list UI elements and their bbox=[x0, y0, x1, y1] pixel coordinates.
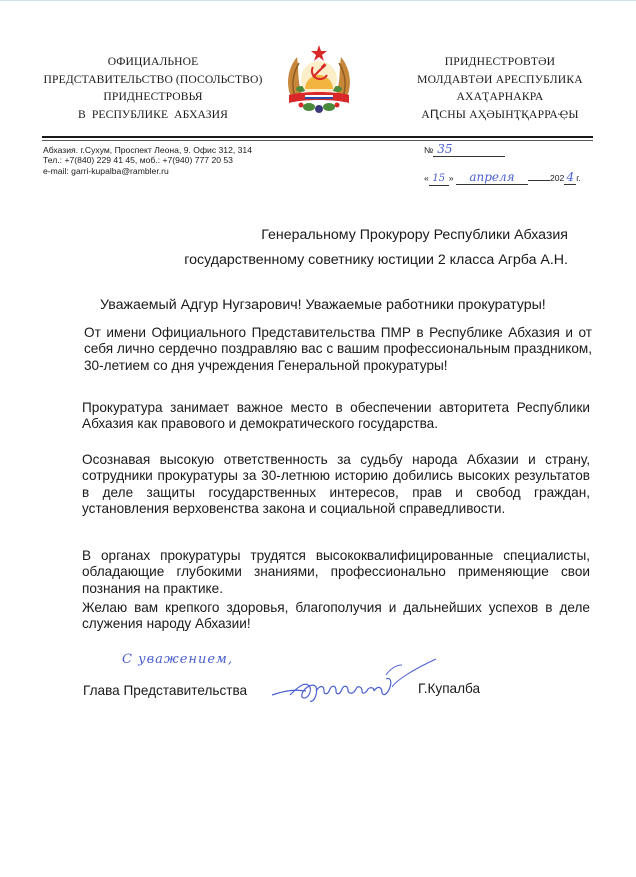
date-filler bbox=[528, 168, 550, 181]
date-day: 15 bbox=[432, 173, 445, 184]
contact-phone: Тел.: +7(840) 229 41 45, моб.: +7(940) 7… bbox=[43, 155, 252, 165]
date-year-suffix: 4 bbox=[566, 170, 574, 184]
header-right-line: ПРИДНЕСТРОВТӘИ bbox=[400, 53, 600, 71]
contact-email: e-mail: garri-kupalba@rambler.ru bbox=[43, 166, 252, 176]
registration-number-row: №35 bbox=[424, 144, 581, 166]
date-close-quote: » bbox=[449, 173, 454, 183]
header-divider-thick bbox=[42, 136, 593, 138]
addressee-block: Генеральному Прокурору Республики Абхази… bbox=[184, 223, 568, 273]
body-paragraph-3: Осознавая высокую ответственность за суд… bbox=[82, 452, 590, 518]
registration-date-row: «15» апреля2024г. bbox=[424, 168, 581, 190]
header-left-line: В РЕСПУБЛИКЕ АБХАЗИЯ bbox=[22, 106, 284, 124]
number-label: № bbox=[424, 145, 433, 155]
header-right-org-name: ПРИДНЕСТРОВТӘИ МОЛДАВТӘИ АРЕСПУБЛИКА АХА… bbox=[400, 53, 600, 123]
registration-block: №35 «15» апреля2024г. bbox=[424, 144, 581, 190]
number-field: 35 bbox=[433, 144, 505, 157]
letter-page: ОФИЦИАЛЬНОЕ ПРЕДСТАВИТЕЛЬСТВО (ПОСОЛЬСТВ… bbox=[0, 0, 636, 877]
addressee-line-2: государственному советнику юстиции 2 кла… bbox=[184, 248, 568, 273]
handwritten-closing: С уважением, bbox=[122, 652, 233, 667]
signer-title: Глава Представительства bbox=[83, 683, 247, 698]
coat-of-arms-icon bbox=[283, 39, 355, 119]
addressee-line-1: Генеральному Прокурору Республики Абхази… bbox=[184, 223, 568, 248]
header-left-line: ПРЕДСТАВИТЕЛЬСТВО (ПОСОЛЬСТВО) bbox=[22, 71, 284, 89]
date-month: апреля bbox=[469, 170, 514, 184]
date-year-suffix-field: 4 bbox=[564, 172, 576, 185]
header-right-line: АԤСНЫ АҲӘЫНҬҚАРРАҾЫ bbox=[400, 106, 600, 124]
contact-address: Абхазия. г.Сухум, Проспект Леона, 9. Офи… bbox=[43, 145, 252, 155]
header-right-line: МОЛДАВТӘИ АРЕСПУБЛИКА bbox=[400, 71, 600, 89]
date-month-field: апреля bbox=[456, 172, 528, 185]
date-year-prefix: 202 bbox=[550, 173, 564, 183]
header-left-line: ОФИЦИАЛЬНОЕ bbox=[22, 53, 284, 71]
header-divider-thin bbox=[42, 140, 593, 141]
contact-block: Абхазия. г.Сухум, Проспект Леона, 9. Офи… bbox=[43, 145, 252, 176]
header-right-line: АХАҬАРНАКРА bbox=[400, 88, 600, 106]
body-paragraph-5: Желаю вам крепкого здоровья, благополучи… bbox=[82, 600, 590, 633]
number-value: 35 bbox=[437, 142, 452, 156]
header-left-line: ПРИДНЕСТРОВЬЯ bbox=[22, 88, 284, 106]
date-day-field: 15 bbox=[429, 173, 449, 186]
header-left-org-name: ОФИЦИАЛЬНОЕ ПРЕДСТАВИТЕЛЬСТВО (ПОСОЛЬСТВ… bbox=[22, 53, 284, 123]
greeting: Уважаемый Адгур Нугзарович! Уважаемые ра… bbox=[100, 297, 546, 313]
body-paragraph-2: Прокуратура занимает важное место в обес… bbox=[82, 400, 590, 433]
signer-name: Г.Купалба bbox=[418, 681, 480, 696]
body-paragraph-1: От имени Официального Представительства … bbox=[84, 325, 592, 374]
date-year-unit: г. bbox=[576, 173, 580, 183]
body-paragraph-4: В органах прокуратуры трудятся высококва… bbox=[82, 548, 590, 597]
